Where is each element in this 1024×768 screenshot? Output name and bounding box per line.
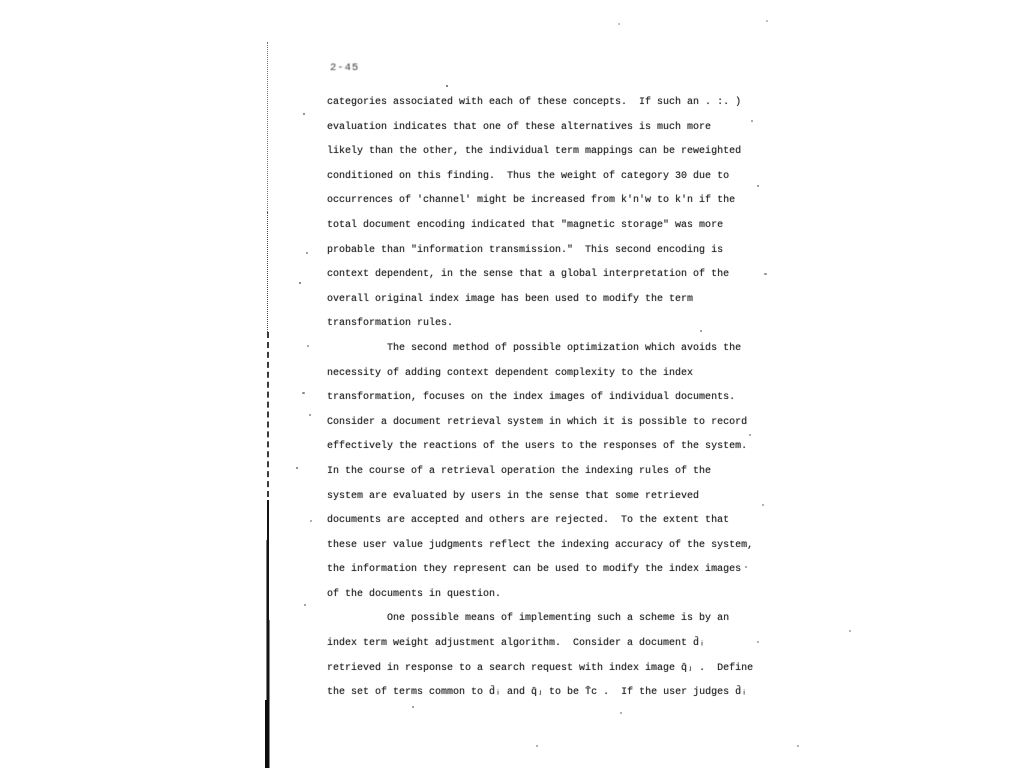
text-line: overall original index image has been us… <box>327 288 772 313</box>
scanned-document-page: 2-45 categories associated with each of … <box>0 0 1024 768</box>
text-line: the information they represent can be us… <box>327 558 772 583</box>
noise-speck <box>446 85 448 87</box>
noise-speck <box>299 282 301 284</box>
text-line: system are evaluated by users in the sen… <box>327 485 772 510</box>
text-line: The second method of possible optimizati… <box>327 337 772 362</box>
text-line: conditioned on this finding. Thus the we… <box>327 165 772 190</box>
noise-speck <box>751 120 753 122</box>
binding-fold-line-dashed <box>267 332 269 507</box>
text-line: transformation rules. <box>327 312 772 337</box>
noise-speck <box>749 434 751 436</box>
text-line: total document encoding indicated that "… <box>327 214 772 239</box>
noise-speck <box>764 273 767 275</box>
binding-fold-line-middle <box>267 212 268 332</box>
text-line: effectively the reactions of the users t… <box>327 435 772 460</box>
text-line: these user value judgments reflect the i… <box>327 534 772 559</box>
noise-speck <box>757 641 759 643</box>
text-line: index term weight adjustment algorithm. … <box>327 632 772 657</box>
noise-speck <box>412 706 414 708</box>
text-line: context dependent, in the sense that a g… <box>327 263 772 288</box>
text-line: In the course of a retrieval operation t… <box>327 460 772 485</box>
text-line: Consider a document retrieval system in … <box>327 411 772 436</box>
text-line: transformation, focuses on the index ima… <box>327 386 772 411</box>
text-line: necessity of adding context dependent co… <box>327 362 772 387</box>
text-line: One possible means of implementing such … <box>327 607 772 632</box>
binding-fold-line-top <box>267 42 268 212</box>
noise-speck <box>797 745 799 747</box>
noise-speck <box>766 20 768 22</box>
noise-speck <box>757 185 759 187</box>
noise-speck <box>618 23 620 25</box>
noise-speck <box>307 345 309 347</box>
noise-speck <box>310 520 312 522</box>
noise-speck <box>536 745 538 747</box>
text-line: retrieved in response to a search reques… <box>327 657 772 682</box>
noise-speck <box>620 712 622 714</box>
noise-speck <box>849 630 851 632</box>
noise-speck <box>304 604 306 606</box>
noise-speck <box>302 392 305 394</box>
noise-speck <box>306 252 308 254</box>
text-line: occurrences of 'channel' might be increa… <box>327 189 772 214</box>
noise-speck <box>762 504 764 506</box>
noise-speck <box>309 414 311 416</box>
text-line: likely than the other, the individual te… <box>327 140 772 165</box>
text-line: categories associated with each of these… <box>327 91 772 116</box>
binding-fold-line-bottom <box>265 700 269 768</box>
noise-speck <box>745 566 747 568</box>
page-number: 2-45 <box>330 62 359 74</box>
text-line: documents are accepted and others are re… <box>327 509 772 534</box>
noise-speck <box>296 467 298 469</box>
body-text: categories associated with each of these… <box>327 91 772 706</box>
text-line: evaluation indicates that one of these a… <box>327 116 772 141</box>
text-line: probable than "information transmission.… <box>327 239 772 264</box>
noise-speck <box>700 330 702 332</box>
text-line: of the documents in question. <box>327 583 772 608</box>
text-line: the set of terms common to d̄ᵢ and q̄ⱼ t… <box>327 681 772 706</box>
noise-speck <box>303 113 305 115</box>
